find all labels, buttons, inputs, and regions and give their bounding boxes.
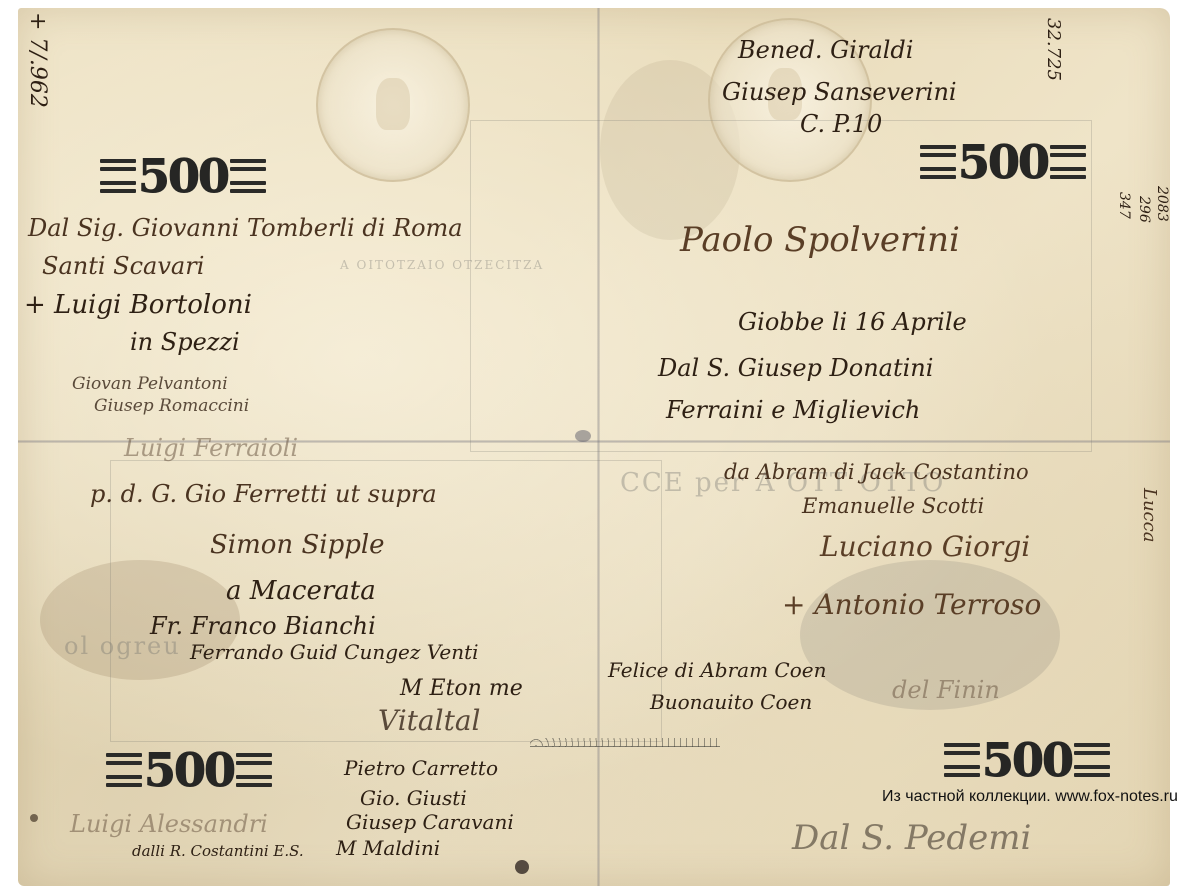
- endorsement-line: Giusep Romaccini: [94, 396, 249, 416]
- denomination-500-bottom-right: 500: [944, 738, 1110, 782]
- endorsement-line: Giusep Sanseverini: [722, 78, 957, 106]
- endorsement-line: M Maldini: [336, 836, 440, 860]
- endorsement-line: Paolo Spolverini: [680, 220, 960, 260]
- denomination-value: 500: [138, 154, 228, 198]
- endorsement-line: Felice di Abram Coen: [608, 658, 826, 682]
- endorsement-line: Giobbe li 16 Aprile: [738, 308, 967, 336]
- endorsement-line: Dal Sig. Giovanni Tomberli di Roma: [28, 214, 463, 242]
- ink-blot: [30, 814, 38, 822]
- bars-ornament: [230, 159, 266, 193]
- ink-blot: [515, 860, 529, 874]
- endorsement-line: p. d. G. Gio Ferretti ut supra: [90, 480, 437, 508]
- handwritten-right-edge: Lucca: [1139, 488, 1160, 542]
- bars-ornament: [1050, 145, 1086, 179]
- endorsement-line: M Eton me: [400, 676, 523, 701]
- endorsement-line: in Spezzi: [130, 328, 240, 356]
- endorsement-line: Luigi Alessandri: [70, 810, 268, 838]
- denomination-500-top-left: 500: [100, 154, 266, 198]
- denomination-value: 500: [958, 140, 1048, 184]
- handwritten-number-right-1: 2083: [1154, 186, 1170, 222]
- bars-ornament: [1074, 743, 1110, 777]
- endorsement-line: Pietro Carretto: [344, 756, 498, 780]
- endorsement-line: Luciano Giorgi: [820, 530, 1030, 563]
- endorsement-line: Santi Scavari: [42, 252, 204, 280]
- endorsement-line: + Luigi Bortoloni: [24, 290, 252, 320]
- denomination-value: 500: [144, 748, 234, 792]
- bars-ornament: [106, 753, 142, 787]
- denomination-500-bottom-left: 500: [106, 748, 272, 792]
- bars-ornament: [920, 145, 956, 179]
- denomination-value: 500: [982, 738, 1072, 782]
- collection-credit-text: Из частной коллекции. www.fox-notes.ru: [882, 788, 1178, 806]
- bars-ornament: [100, 159, 136, 193]
- endorsement-line: Gio. Giusti: [360, 786, 467, 810]
- endorsement-line: Giusep Caravani: [346, 810, 514, 834]
- embossed-seal-left: [316, 28, 470, 182]
- bars-ornament: [236, 753, 272, 787]
- endorsement-line: Luigi Ferraioli: [124, 434, 298, 462]
- endorsement-line: Dal S. Giusep Donatini: [658, 354, 933, 382]
- endorsement-line: Ferrando Guid Cungez Venti: [190, 640, 479, 664]
- endorsement-line: Vitaltal: [378, 704, 480, 737]
- endorsement-line: Ferraini e Miglievich: [666, 396, 920, 424]
- printed-ornament-border: [530, 738, 720, 747]
- endorsement-line: Buonauito Coen: [650, 690, 812, 714]
- bars-ornament: [944, 743, 980, 777]
- handwritten-number-right-3: 347: [1116, 192, 1132, 219]
- endorsement-line: a Macerata: [226, 576, 376, 606]
- handwritten-number-right-2: 296: [1136, 196, 1152, 223]
- endorsement-line: + Antonio Terroso: [782, 588, 1041, 621]
- handwritten-number-top-left: + 7/.962: [25, 12, 50, 108]
- endorsement-line: dalli R. Costantini E.S.: [132, 842, 304, 860]
- handwritten-number-top-right: 32.725: [1043, 18, 1064, 81]
- endorsement-line: Bened. Giraldi: [738, 36, 913, 64]
- endorsement-line: C. P.10: [800, 110, 882, 138]
- endorsement-line: Simon Sipple: [210, 530, 385, 560]
- endorsement-line: Dal S. Pedemi: [792, 818, 1031, 858]
- endorsement-line: Giovan Pelvantoni: [72, 374, 228, 394]
- endorsement-line: Fr. Franco Bianchi: [150, 612, 376, 640]
- endorsement-line: da Abram di Jack Costantino: [724, 460, 1029, 484]
- denomination-500-top-right: 500: [920, 140, 1086, 184]
- endorsement-line: del Finin: [892, 676, 1000, 704]
- faint-printed-text: A OITOTZAIO OTZECITZA: [340, 258, 544, 272]
- endorsement-line: Emanuelle Scotti: [802, 494, 984, 518]
